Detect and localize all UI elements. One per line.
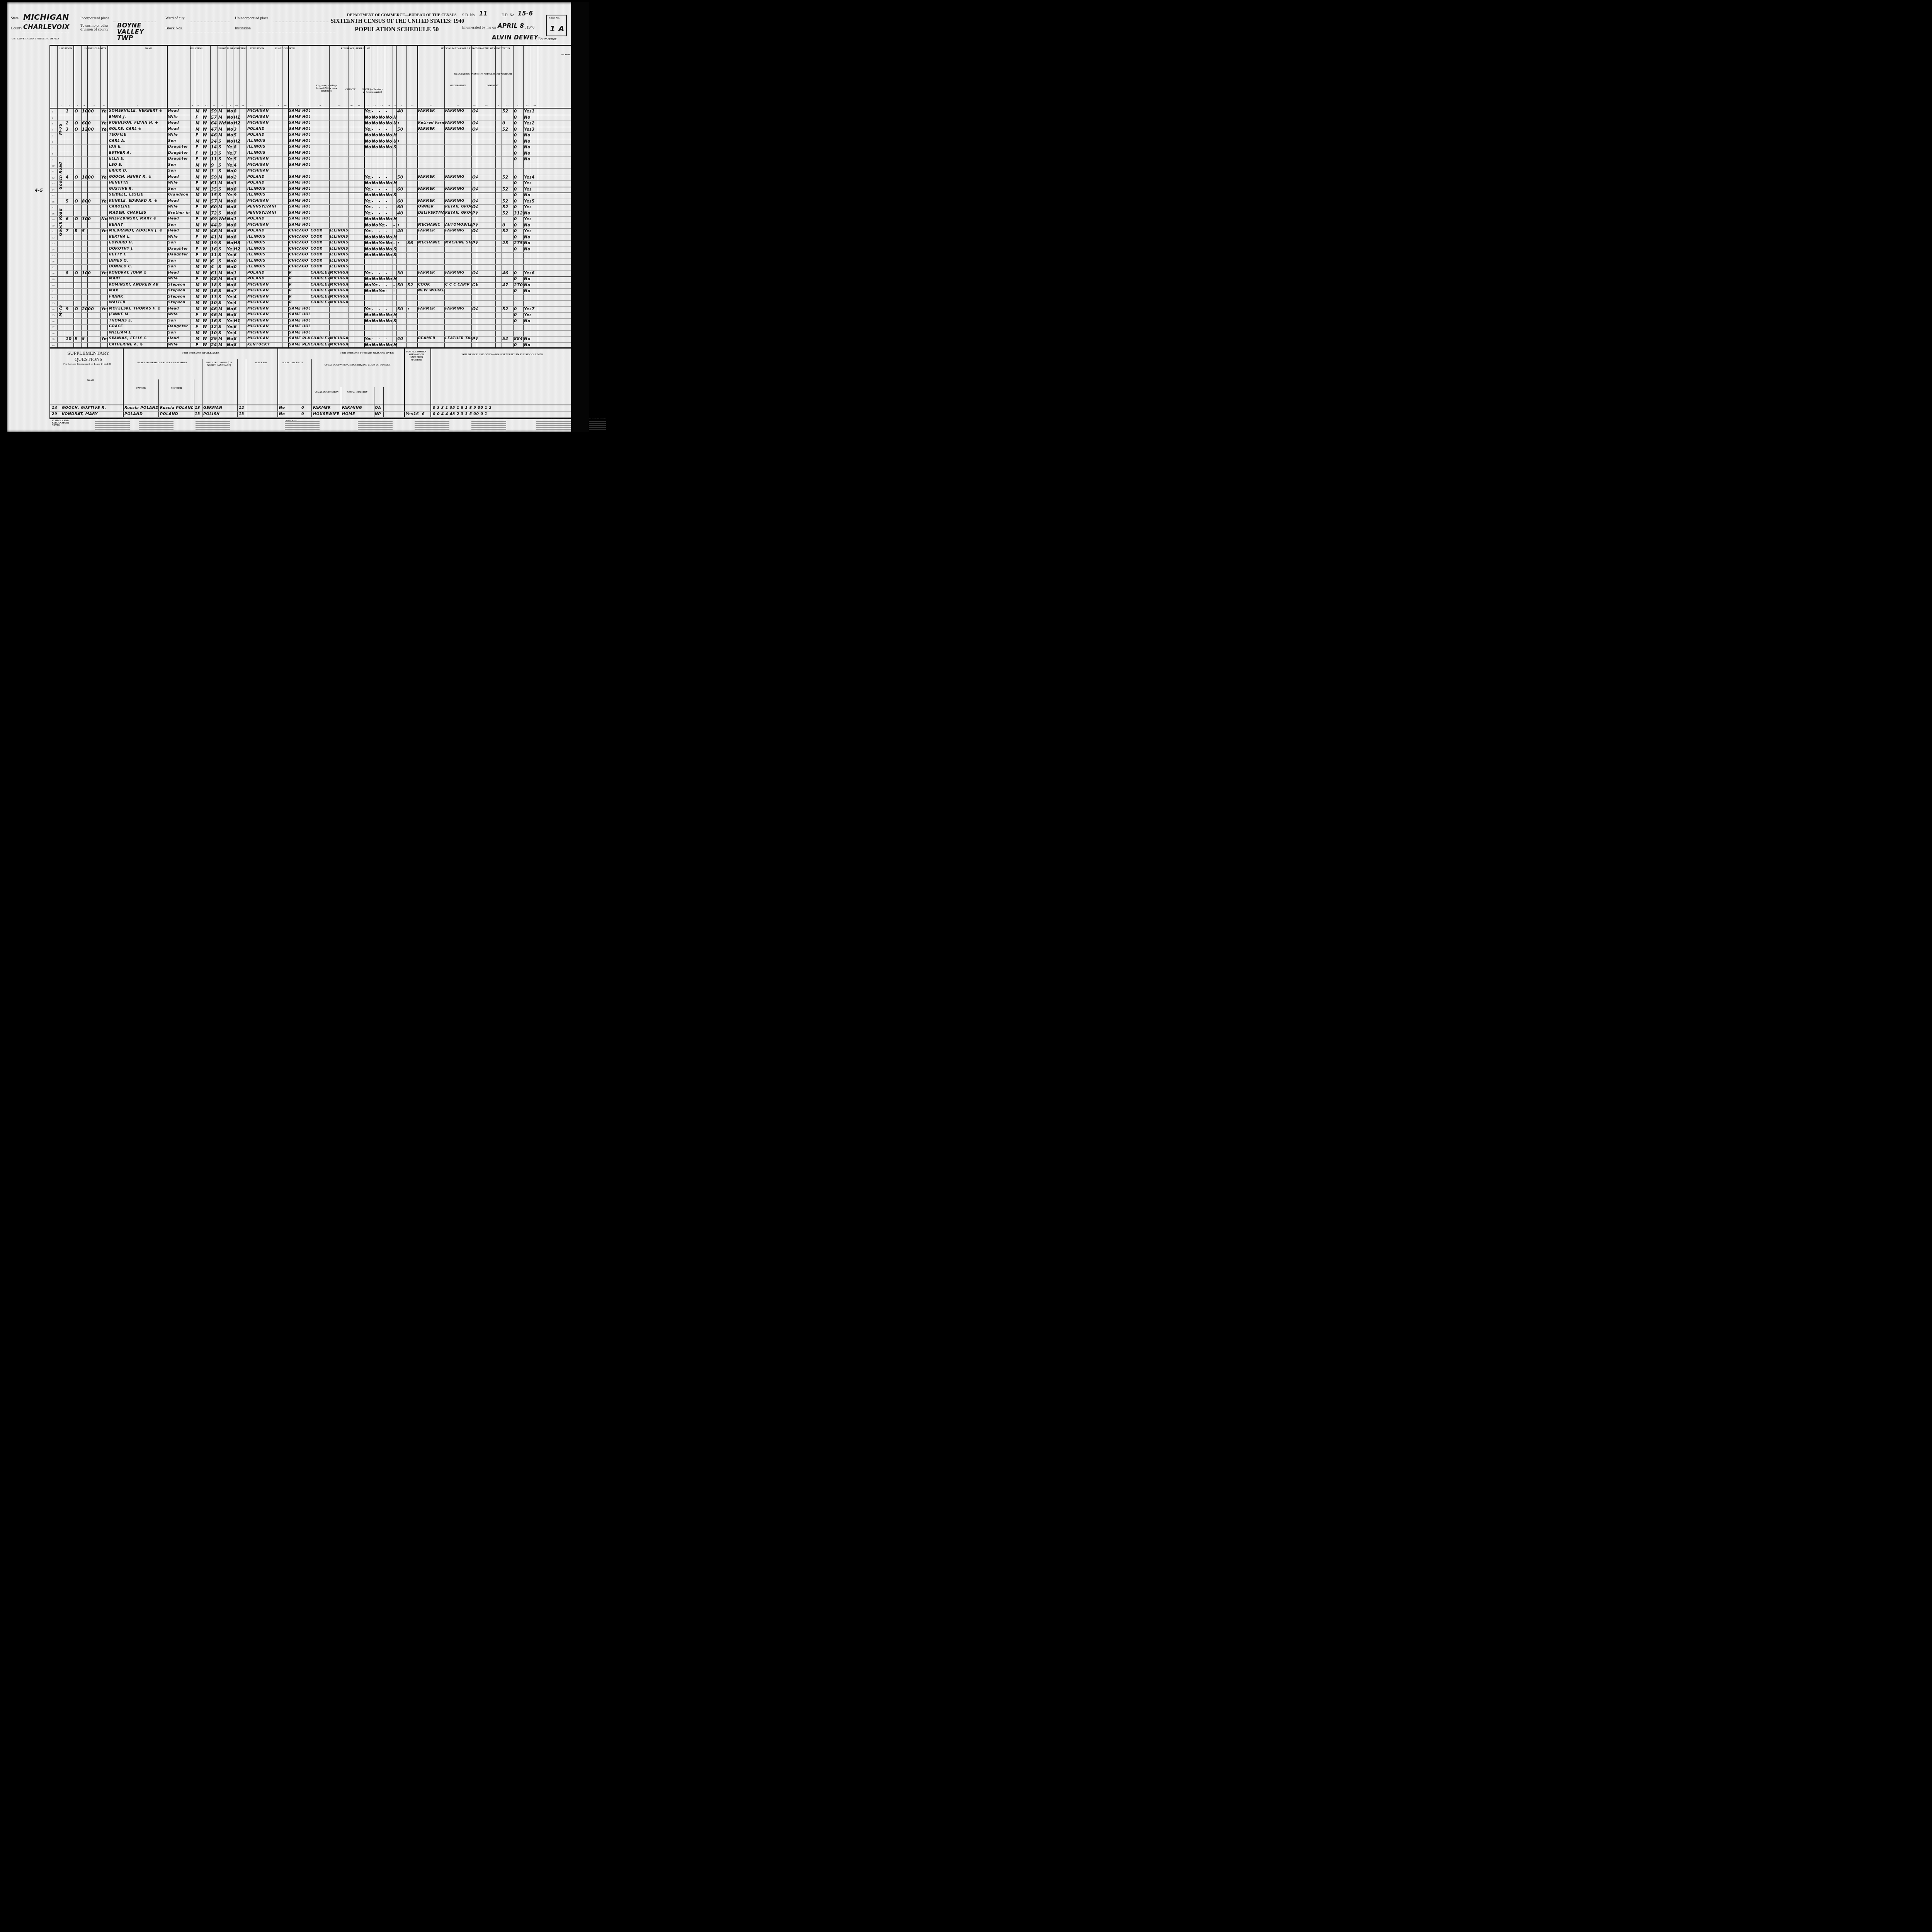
- cell-other: H: [393, 181, 397, 185]
- cell-age: 3: [211, 169, 218, 173]
- table-row: 332O600YesROBINSON, FLYNN H. ⊗HeadMW64Wd…: [50, 121, 585, 127]
- cell-res35: SAME HOUSE: [289, 145, 310, 149]
- cell-ms: S: [218, 319, 226, 323]
- cell-job: -: [386, 127, 393, 132]
- cell-birth: MICHIGAN: [247, 331, 276, 335]
- cell-res35: R: [289, 271, 310, 275]
- cell-grade: 8: [234, 145, 240, 150]
- cell-pub: No: [372, 313, 378, 317]
- cell-other: H: [393, 115, 397, 120]
- cell-job: No: [386, 313, 393, 317]
- line-number: 38: [52, 332, 54, 335]
- cell-grade: 6: [234, 253, 240, 257]
- cell-sch: No: [227, 337, 233, 341]
- cell-race: W: [202, 235, 209, 240]
- table-row: 55TEOFILEWifeFW46MNo5POLANDSAME HOUSENoN…: [50, 133, 585, 139]
- cell-rel: Head: [168, 337, 190, 340]
- supp-all-ages: FOR PERSONS OF ALL AGES: [124, 352, 278, 354]
- column-number: 34: [531, 104, 538, 107]
- cell-res35: SAME HOUSE: [289, 325, 310, 328]
- cell-wage: 0: [514, 151, 523, 156]
- cell-race: W: [202, 253, 209, 257]
- cell-sex: M: [196, 241, 202, 245]
- cell-race: W: [202, 277, 209, 281]
- supplementary-section: SUPPLEMENTARY QUESTIONS For Persons Enum…: [49, 347, 586, 419]
- cell-wage: 0: [514, 145, 523, 150]
- cell-work: No: [365, 283, 371, 287]
- cell-sch: Yes: [227, 319, 233, 323]
- cell-wage: 0: [514, 319, 523, 323]
- cell-sex: F: [196, 247, 202, 252]
- cell-hours: 50: [397, 283, 406, 287]
- cell-state35: MICHIGAN: [330, 337, 349, 340]
- table-row: 393910R5YesSPANIAK, FELIX C.HeadMW29MNo8…: [50, 336, 585, 343]
- cell-hours: 40: [397, 337, 406, 341]
- cell-rel: Stepson: [168, 301, 190, 304]
- cell-pub: -: [372, 205, 378, 209]
- section-relation: RELATION: [181, 48, 212, 50]
- cell-wage: 0: [514, 229, 523, 233]
- line-number: 33: [52, 302, 54, 305]
- cell-name: ELLA E.: [109, 157, 167, 161]
- table-row: 66CARL A.SonMW24SNoH2ILLINOISSAME HOUSEN…: [50, 139, 585, 145]
- cell-seek: -: [379, 283, 385, 287]
- cell-cls: OA: [472, 199, 478, 204]
- cell-age: 12: [211, 325, 218, 329]
- column-number: 3: [73, 104, 81, 107]
- line-number: 4: [52, 128, 53, 131]
- cell-pub: Yes: [372, 283, 378, 287]
- cell-job: -: [386, 337, 393, 341]
- cell-race: W: [202, 307, 209, 311]
- cell-grade: 8: [234, 337, 240, 341]
- cell-birth: MICHIGAN: [247, 283, 276, 287]
- cell-pub: No: [372, 223, 378, 228]
- cell-oth: Yes: [524, 271, 531, 276]
- cell-birth: MICHIGAN: [247, 319, 276, 323]
- cell-job: -: [386, 205, 393, 209]
- cell-own: R: [75, 337, 81, 341]
- cell-sex: F: [196, 235, 202, 240]
- cell-oth: Yes: [524, 127, 531, 132]
- cell-race: W: [202, 271, 209, 276]
- cell-ms: M: [218, 127, 226, 132]
- cell-job: No: [386, 235, 393, 240]
- cell-name: TEOFILE: [109, 133, 167, 137]
- cell-rel: Daughter: [168, 157, 190, 161]
- street-note-1: M-75: [59, 123, 63, 135]
- cell-name: GOLKE, CARL ⊗: [109, 127, 167, 131]
- line-number: 11: [52, 170, 54, 173]
- cell-seek: -: [379, 175, 385, 180]
- cell-ms: M: [218, 343, 226, 347]
- cell-res35: SAME PLACE: [289, 337, 310, 340]
- cell-sex: M: [196, 121, 202, 126]
- cell-work: No: [365, 319, 371, 323]
- cell-state35: ILLINOIS: [330, 253, 349, 257]
- table-row: 1010LEO E.SonMW9SYes4MICHIGANSAME HOUSE: [50, 163, 585, 169]
- cell-name: KUNKLE, EDWARD R. ⊗: [109, 199, 167, 203]
- cell-grade: 4: [234, 295, 240, 299]
- sd-label: S.D. No.: [462, 13, 476, 17]
- cell-work: No: [365, 181, 371, 185]
- cell-occ: DELIVERYMAN: [418, 211, 444, 215]
- column-number: C: [276, 104, 282, 107]
- supp-cell-ind: FARMING: [342, 406, 373, 410]
- cell-pub: No: [372, 235, 378, 240]
- cell-sex: M: [196, 187, 202, 192]
- cell-job: No: [386, 247, 393, 252]
- column-number: 30: [477, 104, 495, 107]
- cell-res35: SAME HOUSE: [289, 163, 310, 167]
- supp-cell-tongue: POLISH: [203, 412, 236, 416]
- cell-name: MARY: [109, 277, 167, 281]
- cell-job: No: [386, 133, 393, 138]
- column-number: 31: [502, 104, 513, 107]
- cell-rel: Grandson: [168, 193, 190, 197]
- cell-age: 16: [211, 289, 218, 293]
- supp-cell-ss: No: [279, 406, 287, 410]
- table-row: 99ELLA E.DaughterFW11SYes5MICHIGANSAME H…: [50, 156, 585, 163]
- cell-ms: M: [218, 181, 226, 185]
- cell-farmno: 2: [532, 121, 538, 126]
- cell-wage: 0: [514, 223, 523, 228]
- line-number: 32: [52, 296, 54, 299]
- cell-oth: No: [524, 337, 531, 341]
- cell-res35: SAME HOUSE: [289, 223, 310, 227]
- column-number: E: [396, 104, 406, 107]
- table-row: 2424DOROTHY J.DaughterFW16SYesH2ILLINOIS…: [50, 247, 585, 253]
- cell-wage: 0: [514, 247, 523, 252]
- cell-birth: MICHIGAN: [247, 163, 276, 167]
- supp-cell-ss2: 0: [301, 406, 309, 410]
- cell-sex: F: [196, 151, 202, 156]
- line-number: 31: [52, 290, 54, 293]
- cell-rel: Wife: [168, 115, 190, 119]
- cell-other: H: [393, 217, 397, 221]
- column-number: 29: [471, 104, 477, 107]
- line-number: 19: [52, 218, 54, 221]
- cell-occ: COOK: [418, 283, 444, 287]
- supp-cell-age_m: 16: [413, 412, 421, 416]
- cell-sch: Yes: [227, 325, 233, 329]
- cell-oth: Yes: [524, 217, 531, 221]
- cell-sch: Yes: [227, 295, 233, 299]
- cell-age: 6: [211, 259, 218, 264]
- cell-occ: FARMER: [418, 187, 444, 191]
- cell-work: Yes: [365, 199, 371, 204]
- cell-ms: S: [218, 247, 226, 252]
- supp-cell-tcode: 12: [239, 406, 246, 410]
- cell-hours: 30: [397, 271, 406, 276]
- cell-age: 11: [211, 253, 218, 257]
- cell-cls: OA: [472, 307, 478, 311]
- cell-cls: PW: [472, 211, 478, 216]
- cell-rel: Wife: [168, 133, 190, 137]
- cell-wks39: 52: [502, 175, 513, 180]
- cell-house: 6: [66, 217, 74, 221]
- cell-state35: ILLINOIS: [330, 265, 349, 269]
- cell-rel: Daughter: [168, 151, 190, 155]
- cell-oth: No: [524, 145, 531, 150]
- cell-sex: F: [196, 253, 202, 257]
- cell-name: MADEN, CHARLES: [109, 211, 167, 215]
- cell-sch: Yes: [227, 157, 233, 162]
- cell-wage: 0: [514, 277, 523, 281]
- cell-grade: 0: [234, 259, 240, 264]
- footnote-text: [285, 421, 320, 431]
- cell-weeks: 52: [407, 283, 417, 287]
- section-personal: PERSONAL DESCRIPTION: [216, 48, 247, 50]
- cell-farm: Yes: [101, 121, 108, 126]
- cell-pub: No: [372, 277, 378, 281]
- supp-women: FOR ALL WOMEN WHO ARE OR HAVE BEEN MARRI…: [406, 351, 427, 362]
- cell-job: -: [386, 307, 393, 311]
- cell-age: 59: [211, 109, 218, 114]
- cell-pub: -: [372, 229, 378, 233]
- cell-house: 4: [66, 175, 74, 180]
- cell-wks39: 46: [502, 271, 513, 276]
- cell-seek: No: [379, 277, 385, 281]
- cell-oth: No: [524, 343, 531, 347]
- cell-wage: 0: [514, 343, 523, 347]
- column-number: 13: [226, 104, 233, 107]
- supp-subtitle: For Persons Enumerated on Lines 14 and 2…: [53, 362, 122, 366]
- cell-sex: M: [196, 109, 202, 114]
- cell-hours: 60: [397, 199, 406, 204]
- cell-cls: PW: [472, 223, 478, 228]
- cell-rel: Son: [168, 139, 190, 143]
- cell-grade: 8: [234, 199, 240, 204]
- cell-race: W: [202, 343, 209, 347]
- cell-ms: S: [218, 295, 226, 299]
- cell-occ: FARMER: [418, 307, 444, 311]
- cell-pub: -: [372, 127, 378, 132]
- cell-race: W: [202, 223, 209, 228]
- sheet-label: Sheet No.: [549, 16, 560, 19]
- cell-seek: -: [379, 337, 385, 341]
- cell-sch: No: [227, 133, 233, 138]
- cell-sex: M: [196, 331, 202, 335]
- cell-ind: FARMING: [445, 187, 471, 191]
- cell-age: 35: [211, 187, 218, 192]
- cell-ms: M: [218, 313, 226, 317]
- table-row: 2323EDWARD H.SonMW19SNoH3ILLINOISCHICAGO…: [50, 240, 585, 247]
- cell-name: JENNIE M.: [109, 313, 167, 316]
- cell-wage: 0: [514, 217, 523, 221]
- cell-sch: Yes: [227, 331, 233, 335]
- cell-job: -: [386, 229, 393, 233]
- cell-wage: 312: [514, 211, 523, 216]
- cell-pub: -: [372, 109, 378, 114]
- cell-sex: F: [196, 205, 202, 209]
- cell-occ: MECHANIC: [418, 241, 444, 245]
- column-number: 24: [385, 104, 393, 107]
- section-name: NAME: [120, 48, 178, 50]
- cell-job: -: [386, 109, 393, 114]
- footnote-text: [358, 421, 393, 431]
- column-number: 12: [218, 104, 226, 107]
- cell-sex: M: [196, 337, 202, 341]
- cell-race: W: [202, 193, 209, 197]
- cell-job: -: [386, 199, 393, 204]
- supp-cell-code: 13: [195, 406, 202, 410]
- line-number: 21: [52, 230, 54, 233]
- cell-age: 19: [211, 241, 218, 245]
- supp-cell-name: GOOCH, GUSTIVE R.: [62, 406, 122, 410]
- cell-job: No: [386, 121, 393, 126]
- cell-farm: Yes: [101, 271, 108, 276]
- cell-sch: No: [227, 277, 233, 281]
- section-education: EDUCATION: [247, 48, 267, 50]
- cell-race: W: [202, 217, 209, 221]
- cell-ind: RETAIL GROCERY: [445, 211, 471, 215]
- cell-state35: ILLINOIS: [330, 235, 349, 239]
- line-number: 17: [52, 206, 54, 209]
- line-number: 36: [52, 320, 54, 323]
- cell-wage: 0: [514, 127, 523, 132]
- cell-res35: R: [289, 283, 310, 287]
- cell-hours: 60: [397, 205, 406, 209]
- cell-ms: S: [218, 241, 226, 245]
- cell-res35: SAME HOUSE: [289, 313, 310, 316]
- cell-name: JAMES Q.: [109, 259, 167, 263]
- cell-hours: 40: [397, 211, 406, 216]
- table-row: 1818MADEN, CHARLESBrother in lawMW72SNo8…: [50, 211, 585, 217]
- line-number: 5: [52, 134, 53, 137]
- cell-wage: 0: [514, 121, 523, 126]
- column-number: 28: [444, 104, 471, 107]
- cell-pub: No: [372, 343, 378, 347]
- head-industry: INDUSTRY: [479, 85, 506, 87]
- cell-wage: 270: [514, 283, 523, 287]
- cell-farmno: 3: [532, 127, 538, 132]
- cell-sex: M: [196, 259, 202, 264]
- cell-rel: Head: [168, 199, 190, 203]
- street-note-3: M-75: [59, 305, 63, 316]
- cell-weeks: 36: [407, 241, 417, 245]
- cell-wks39: 52: [502, 337, 513, 341]
- table-row: 3535JENNIE M.WifeFW46MNo8MICHIGANSAME HO…: [50, 312, 585, 319]
- cell-grade: 0: [234, 265, 240, 269]
- cell-farm: Yes: [101, 175, 108, 180]
- cell-age: 46: [211, 313, 218, 317]
- cell-birth: POLAND: [247, 277, 276, 281]
- cell-hours: •: [397, 223, 406, 228]
- cell-house: 3: [66, 127, 74, 132]
- column-number: 25: [393, 104, 396, 107]
- cell-county35: COOK: [311, 253, 329, 257]
- cell-work: Yes: [365, 109, 371, 114]
- cell-house: 10: [66, 337, 74, 341]
- cell-ms: S: [218, 157, 226, 162]
- cell-other: S: [393, 145, 397, 150]
- cell-seek: -: [379, 307, 385, 311]
- cell-res35: R: [289, 301, 310, 304]
- cell-sex: M: [196, 271, 202, 276]
- table-row: 77IDA E.DaughterFW14SYes8ILLINOISSAME HO…: [50, 145, 585, 151]
- cell-work: No: [365, 193, 371, 197]
- cell-sex: F: [196, 157, 202, 162]
- cell-value: 1200: [82, 127, 95, 132]
- cell-occ: FARMER: [418, 271, 444, 275]
- cell-seek: No: [379, 193, 385, 197]
- cell-sch: Yes: [227, 145, 233, 150]
- column-number: 16: [282, 104, 288, 107]
- cell-grade: 5: [234, 133, 240, 138]
- supp-cell-mother: Russia POLAND: [160, 406, 193, 410]
- column-number: B: [240, 104, 247, 107]
- cell-work: Yes: [365, 307, 371, 311]
- cell-oth: No: [524, 157, 531, 162]
- cell-ind: FARMING: [445, 175, 471, 179]
- cell-grade: 0: [234, 169, 240, 173]
- cell-work: No: [365, 115, 371, 120]
- cell-rel: Stepson: [168, 289, 190, 293]
- cell-occ: NEW WORKER: [418, 289, 444, 293]
- cell-sex: M: [196, 229, 202, 233]
- cell-grade: 6: [234, 325, 240, 329]
- table-row: 21217R5YesMILBRANDT, ADOLPH J. ⊗HeadMW46…: [50, 228, 585, 235]
- line-number: 10: [52, 164, 54, 167]
- line-number: 35: [52, 314, 54, 317]
- cell-rel: Brother in law: [168, 211, 190, 215]
- cell-sch: No: [227, 199, 233, 204]
- cell-res35: SAME HOUSE: [289, 121, 310, 125]
- cell-own: O: [75, 109, 81, 114]
- cell-value: 800: [82, 199, 95, 204]
- cell-name: SPANIAK, FELIX C.: [109, 337, 167, 340]
- cell-ind: FARMING: [445, 229, 471, 233]
- cell-grade: H1: [234, 319, 240, 323]
- cell-farm: Yes: [101, 307, 108, 311]
- supp-cell-code: 13: [195, 412, 202, 416]
- cell-ms: Wd: [218, 121, 226, 126]
- cell-res35: SAME HOUSE: [289, 193, 310, 197]
- line-number: 6: [52, 140, 53, 143]
- cell-state35: MICHIGAN: [330, 289, 349, 293]
- cell-oth: No: [524, 277, 531, 281]
- cell-ms: S: [218, 259, 226, 264]
- cell-oth: Yes: [524, 175, 531, 180]
- cell-pub: No: [372, 217, 378, 221]
- cell-rel: Daughter: [168, 145, 190, 149]
- cell-seek: No: [379, 133, 385, 138]
- cell-age: 29: [211, 337, 218, 341]
- cell-seek: No: [379, 145, 385, 150]
- cell-job: No: [386, 241, 393, 245]
- cell-house: 2: [66, 121, 74, 126]
- cell-ind: FARMING: [445, 121, 471, 125]
- cell-own: O: [75, 271, 81, 276]
- cell-age: 24: [211, 139, 218, 144]
- cell-name: BERTHA L.: [109, 235, 167, 239]
- cell-res35: SAME HOUSE: [289, 109, 310, 113]
- ed-label: E.D. No.: [502, 13, 515, 17]
- cell-sex: M: [196, 283, 202, 287]
- cell-race: W: [202, 199, 209, 204]
- cell-job: No: [386, 181, 393, 185]
- cell-res35: CHICAGO: [289, 253, 310, 257]
- cell-own: R: [75, 229, 81, 233]
- cell-name: THOMAS E.: [109, 319, 167, 323]
- cell-birth: PENNSYLVANIA: [247, 211, 276, 215]
- cell-race: W: [202, 337, 209, 341]
- cell-age: 24: [211, 343, 218, 347]
- cell-grade: 2: [234, 175, 240, 180]
- cell-hours: 60: [397, 187, 406, 192]
- cell-sex: M: [196, 265, 202, 269]
